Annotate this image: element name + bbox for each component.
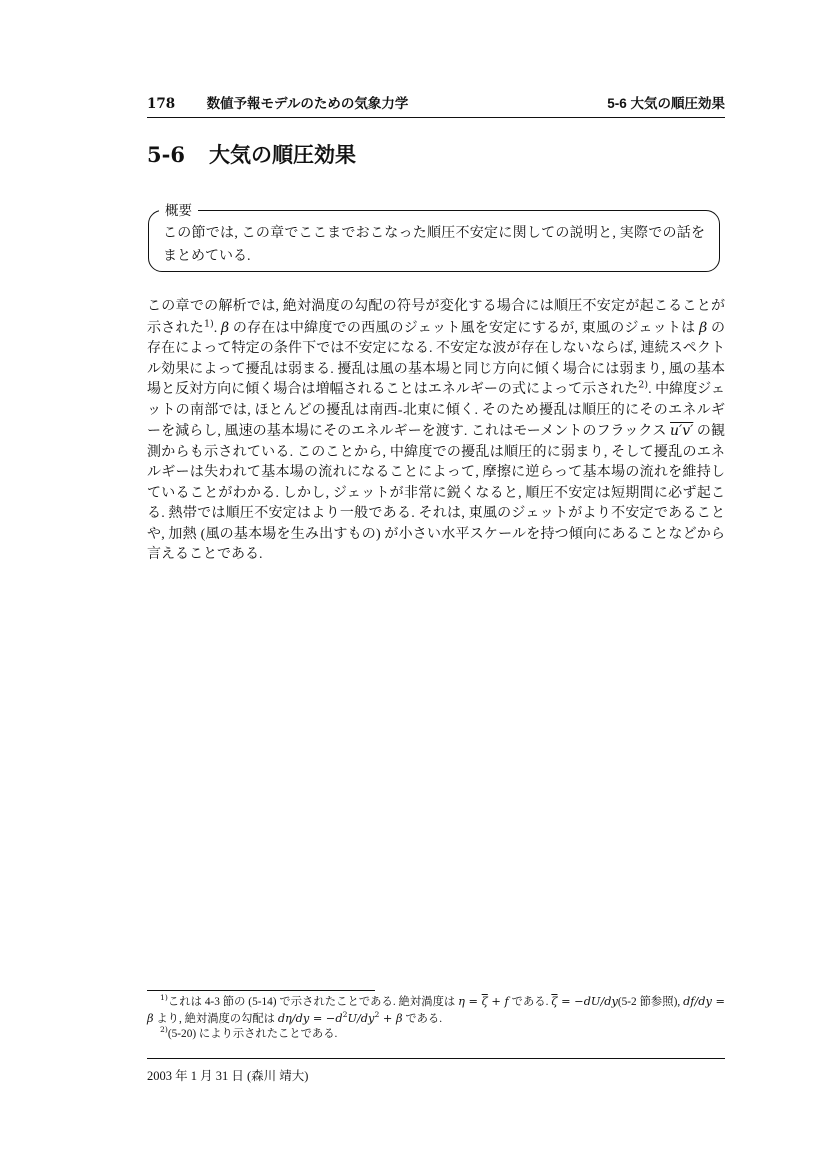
text-segment-txt: これは 4-3 節の (5-14) で示されたことである. 絶対渦度は (168, 996, 458, 1008)
footer-rule (147, 1058, 725, 1059)
text-segment-txt: より, 絶対渦度の勾配は (154, 1013, 278, 1025)
abstract-text: この節では, この章でここまでおこなった順圧不安定に関しての説明と, 実際での話… (149, 211, 719, 268)
text-segment-sup: 1) (160, 993, 168, 1002)
footnote-rule (147, 990, 375, 991)
text-segment-txt: である. (509, 996, 552, 1008)
text-segment-mi: U/dy (347, 1012, 374, 1025)
text-segment-mo: + (488, 995, 505, 1008)
section-heading: 5-6 大気の順圧効果 (147, 139, 356, 169)
text-segment-mi: df/dy (683, 995, 712, 1008)
abstract-label: 概要 (159, 202, 198, 219)
text-segment-mo: = − (309, 1012, 335, 1025)
text-segment-mo: + (379, 1012, 396, 1025)
page-number: 178 (147, 96, 175, 112)
footnote-2: 2)(5-20) により示されたことである. (147, 1027, 725, 1043)
book-title: 数値予報モデルのための気象力学 (207, 96, 409, 111)
text-segment-sup: 2) (638, 379, 648, 390)
text-segment-txt: である. (403, 1013, 443, 1025)
text-segment-txt: (5-2 節参照), (618, 996, 683, 1008)
text-segment-mi: dU/dy (584, 995, 618, 1008)
text-segment-mo: = (712, 995, 725, 1008)
text-segment-sup: 2) (160, 1025, 168, 1034)
text-segment-txt: . (214, 321, 221, 336)
text-segment-mi: η (458, 995, 465, 1008)
text-segment-mi: β (221, 320, 229, 336)
text-segment-mi: d (335, 1012, 342, 1025)
text-segment-mo: = − (557, 995, 583, 1008)
footnotes: 1)これは 4-3 節の (5-14) で示されたことである. 絶対渦度は η … (147, 994, 725, 1043)
header-left: 178 数値予報モデルのための気象力学 (147, 92, 408, 112)
section-title: 大気の順圧効果 (209, 139, 356, 169)
text-segment-txt: (5-20) により示されたことである. (168, 1028, 337, 1040)
page-footer: 2003 年 1 月 31 日 (森川 靖大) (147, 1066, 725, 1084)
text-segment-sup: 1) (204, 318, 214, 329)
abstract-box: 概要 この節では, この章でここまでおこなった順圧不安定に関しての説明と, 実際… (148, 210, 720, 272)
text-segment-mbar: u′v′ (670, 423, 693, 439)
text-segment-txt: の存在は中緯度での西風のジェット風を安定にするが, 東風のジェットは (229, 321, 699, 336)
text-segment-mo: = (465, 995, 482, 1008)
footnote-1: 1)これは 4-3 節の (5-14) で示されたことである. 絶対渦度は η … (147, 994, 725, 1027)
text-segment-mi: dη/dy (278, 1012, 309, 1025)
header-section-ref: 5-6 大気の順圧効果 (607, 92, 725, 112)
text-segment-txt: の観測からも示されている. このことから, 中緯度での擾乱は順圧的に弱まり, そ… (147, 424, 725, 562)
document-page: 178 数値予報モデルのための気象力学 5-6 大気の順圧効果 5-6 大気の順… (0, 0, 826, 1169)
running-header: 178 数値予報モデルのための気象力学 5-6 大気の順圧効果 (147, 92, 725, 118)
body-paragraph: この章での解析では, 絶対渦度の勾配の符号が変化する場合には順圧不安定が起こるこ… (147, 297, 725, 566)
section-number: 5-6 (147, 142, 185, 167)
